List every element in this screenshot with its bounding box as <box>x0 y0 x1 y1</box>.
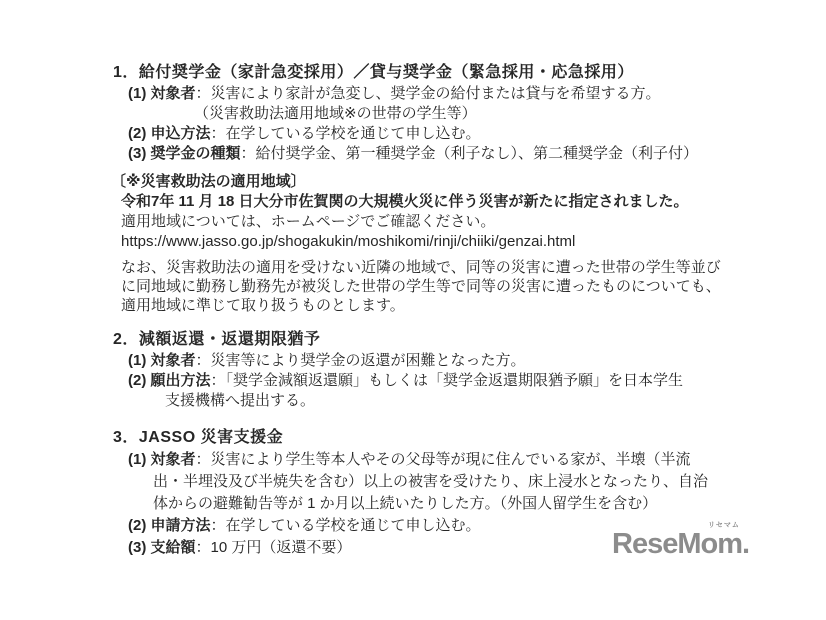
note-title: 〔※災害救助法の適用地域〕 <box>111 172 778 192</box>
item-label: (2) 申込方法 <box>128 125 211 142</box>
section-1-item-1-continuation: （災害救助法適用地域※の世帯の学生等） <box>113 104 778 124</box>
section-2-item-2: (2) 願出方法：「奨学金減額返還願」もしくは「奨学金返還期限猶予願」を日本学生 <box>113 371 778 391</box>
document-page: 1．給付奨学金（家計急変採用）／貸与奨学金（緊急採用・応急採用） (1) 対象者… <box>0 0 826 620</box>
section-2-item-1: (1) 対象者：災害等により奨学金の返還が困難となった方。 <box>113 351 778 371</box>
section-2-heading: 2．減額返還・返還期限猶予 <box>113 329 778 351</box>
item-label: (1) 対象者 <box>128 85 196 102</box>
section-1-item-1: (1) 対象者：災害により家計が急変し、奨学金の給付または貸与を希望する方。 <box>113 84 778 104</box>
note-check-homepage-line: 適用地域については、ホームページでご確認ください。 <box>113 212 778 232</box>
section-repayment: 2．減額返還・返還期限猶予 (1) 対象者：災害等により奨学金の返還が困難となっ… <box>113 329 778 411</box>
section-3-item-1-continuation-1: 出・半埋没及び半焼失を含む）以上の被害を受けたり、床上浸水となったり、自治 <box>113 471 778 493</box>
item-label: (1) 対象者 <box>128 352 196 369</box>
section-1-item-3: (3) 奨学金の種類：給付奨学金、第一種奨学金（利子なし）、第二種奨学金（利子付… <box>113 144 778 164</box>
item-label: (3) 奨学金の種類 <box>128 145 241 162</box>
note-paragraph-line-3: 適用地域に準じて取り扱うものとします。 <box>113 296 778 315</box>
item-text: ：「奨学金減額返還願」もしくは「奨学金返還期限猶予願」を日本学生 <box>211 372 684 389</box>
item-text: ：災害により家計が急変し、奨学金の給付または貸与を希望する方。 <box>196 85 661 102</box>
resemom-logo: リセマム ReseMom. <box>612 520 752 562</box>
note-paragraph-line-1: なお、災害救助法の適用を受けない近隣の地域で、同等の災害に遭った世帯の学生等並び <box>113 258 778 277</box>
spacer <box>113 164 778 172</box>
section-scholarship: 1．給付奨学金（家計急変採用）／貸与奨学金（緊急採用・応急採用） (1) 対象者… <box>113 62 778 164</box>
item-text: ：災害等により奨学金の返還が困難となった方。 <box>196 352 526 369</box>
item-text: ：給付奨学金、第一種奨学金（利子なし）、第二種奨学金（利子付） <box>241 145 699 162</box>
resemom-logo-text: ReseMom. <box>612 528 749 561</box>
section-3-heading: 3．JASSO 災害支援金 <box>113 426 778 449</box>
item-text: ：10 万円（返還不要） <box>196 539 352 556</box>
item-label: (2) 願出方法 <box>128 372 211 389</box>
section-3-item-1: (1) 対象者：災害により学生等本人やその父母等が現に住んでいる家が、半壊（半流 <box>113 449 778 471</box>
item-label: (3) 支給額 <box>128 539 196 556</box>
note-disaster-relief-area: 〔※災害救助法の適用地域〕 令和7年 11 月 18 日大分市佐賀関の大規模火災… <box>113 172 778 315</box>
item-text: ：在学している学校を通じて申し込む。 <box>211 517 481 534</box>
section-1-item-2: (2) 申込方法：在学している学校を通じて申し込む。 <box>113 124 778 144</box>
item-text: ：在学している学校を通じて申し込む。 <box>211 125 481 142</box>
item-label: (1) 対象者 <box>128 451 196 468</box>
item-label: (2) 申請方法 <box>128 517 211 534</box>
note-designation-line: 令和7年 11 月 18 日大分市佐賀関の大規模火災に伴う災害が新たに指定されま… <box>113 192 778 212</box>
note-paragraph-line-2: に同地域に勤務し勤務先が被災した世帯の学生等で同等の災害に遭ったものについても、 <box>113 277 778 296</box>
section-2-item-2-continuation: 支援機構へ提出する。 <box>113 391 778 411</box>
document-content: 1．給付奨学金（家計急変採用）／貸与奨学金（緊急採用・応急採用） (1) 対象者… <box>113 62 778 559</box>
section-1-heading: 1．給付奨学金（家計急変採用）／貸与奨学金（緊急採用・応急採用） <box>113 62 778 84</box>
section-3-item-1-continuation-2: 体からの避難勧告等が 1 か月以上続いたりした方。（外国人留学生を含む） <box>113 493 778 515</box>
item-text: ：災害により学生等本人やその父母等が現に住んでいる家が、半壊（半流 <box>196 451 691 468</box>
note-url: https://www.jasso.go.jp/shogakukin/moshi… <box>113 232 778 252</box>
